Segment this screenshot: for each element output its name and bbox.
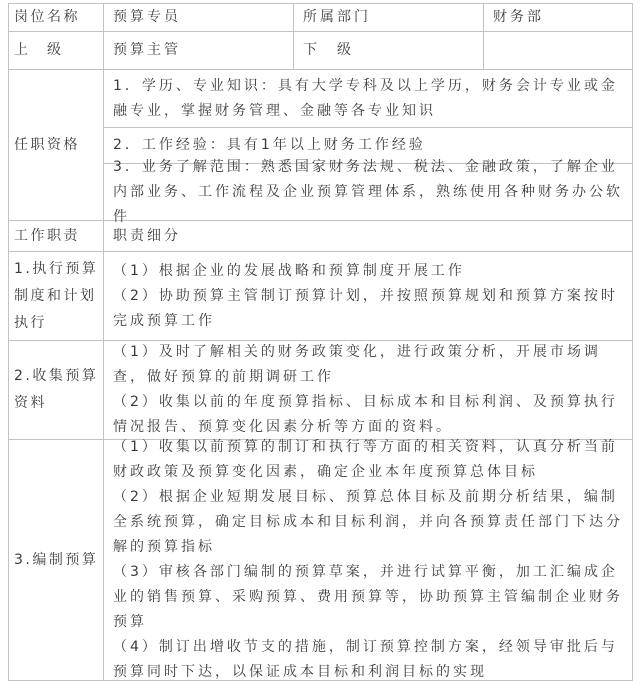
qualifications-label: 任职资格 (9, 70, 104, 220)
table-row-qualifications: 任职资格 1．学历、专业知识：具有大学专科及以上学历，财务会计专业或金融专业，掌… (9, 70, 632, 221)
duties-header-label: 工作职责 (9, 221, 104, 251)
qualification-item: 1．学历、专业知识：具有大学专科及以上学历，财务会计专业或金融专业，掌握财务管理… (104, 70, 632, 128)
table-row-superior: 上 级 预算主管 下 级 (9, 32, 632, 70)
superior-value: 预算主管 (104, 32, 294, 69)
table-row-duty-1: 1.执行预算制度和计划执行 （1）根据企业的发展战略和预算制度开展工作 （2）协… (9, 252, 632, 341)
table-row-position: 岗位名称 预算专员 所属部门 财务部 (9, 4, 632, 32)
duty-detail-cell: （1）收集以前预算的制订和执行等方面的相关资料，认真分析当前财政政策及预算变化因… (104, 440, 632, 680)
qualifications-list: 1．学历、专业知识：具有大学专科及以上学历，财务会计专业或金融专业，掌握财务管理… (104, 70, 632, 220)
department-value: 财务部 (484, 4, 632, 31)
table-row-duty-2: 2.收集预算资料 （1）及时了解相关的财务政策变化，进行政策分析，开展市场调查，… (9, 341, 632, 440)
duty-item: （2）根据企业短期发展目标、预算总体目标及前期分析结果，编制全系统预算，确定目标… (113, 485, 628, 560)
table-row-duties-header: 工作职责 职责细分 (9, 221, 632, 252)
subordinate-value (484, 32, 632, 69)
job-description-table: 岗位名称 预算专员 所属部门 财务部 上 级 预算主管 下 级 任职资格 1．学… (8, 3, 633, 681)
superior-label: 上 级 (9, 32, 104, 69)
position-name-label: 岗位名称 (9, 4, 104, 31)
department-label: 所属部门 (294, 4, 484, 31)
duty-item: （1）及时了解相关的财务政策变化，进行政策分析，开展市场调查，做好预算的前期调研… (113, 340, 628, 390)
duty-item: （3）审核各部门编制的预算草案，并进行试算平衡，加工汇编成企业的销售预算、采购预… (113, 560, 628, 635)
duty-label: 2.收集预算资料 (9, 341, 104, 439)
duty-item: （4）制订出增收节支的措施，制订预算控制方案，经领导审批后与预算同时下达，以保证… (113, 635, 628, 681)
position-name-value: 预算专员 (104, 4, 294, 31)
duty-detail-cell: （1）根据企业的发展战略和预算制度开展工作 （2）协助预算主管制订预算计划，并按… (104, 252, 632, 340)
duties-header-value: 职责细分 (104, 221, 632, 251)
duty-label: 1.执行预算制度和计划执行 (9, 252, 104, 340)
table-row-duty-3: 3.编制预算 （1）收集以前预算的制订和执行等方面的相关资料，认真分析当前财政政… (9, 440, 632, 680)
duty-item: （1）根据企业的发展战略和预算制度开展工作 (113, 259, 628, 284)
duty-item: （2）协助预算主管制订预算计划，并按照预算规划和预算方案按时完成预算工作 (113, 284, 628, 334)
duty-label: 3.编制预算 (9, 440, 104, 680)
subordinate-label: 下 级 (294, 32, 484, 69)
job-description-document: 岗位名称 预算专员 所属部门 财务部 上 级 预算主管 下 级 任职资格 1．学… (0, 0, 640, 681)
duty-item: （2）收集以前的年度预算指标、目标成本和目标利润、及预算执行情况报告、预算变化因… (113, 390, 628, 440)
duty-detail-cell: （1）及时了解相关的财务政策变化，进行政策分析，开展市场调查，做好预算的前期调研… (104, 341, 632, 439)
qualification-item: 3．业务了解范围：熟悉国家财务法规、税法、金融政策，了解企业内部业务、工作流程及… (104, 164, 632, 220)
duty-item: （1）收集以前预算的制订和执行等方面的相关资料，认真分析当前财政政策及预算变化因… (113, 435, 628, 485)
